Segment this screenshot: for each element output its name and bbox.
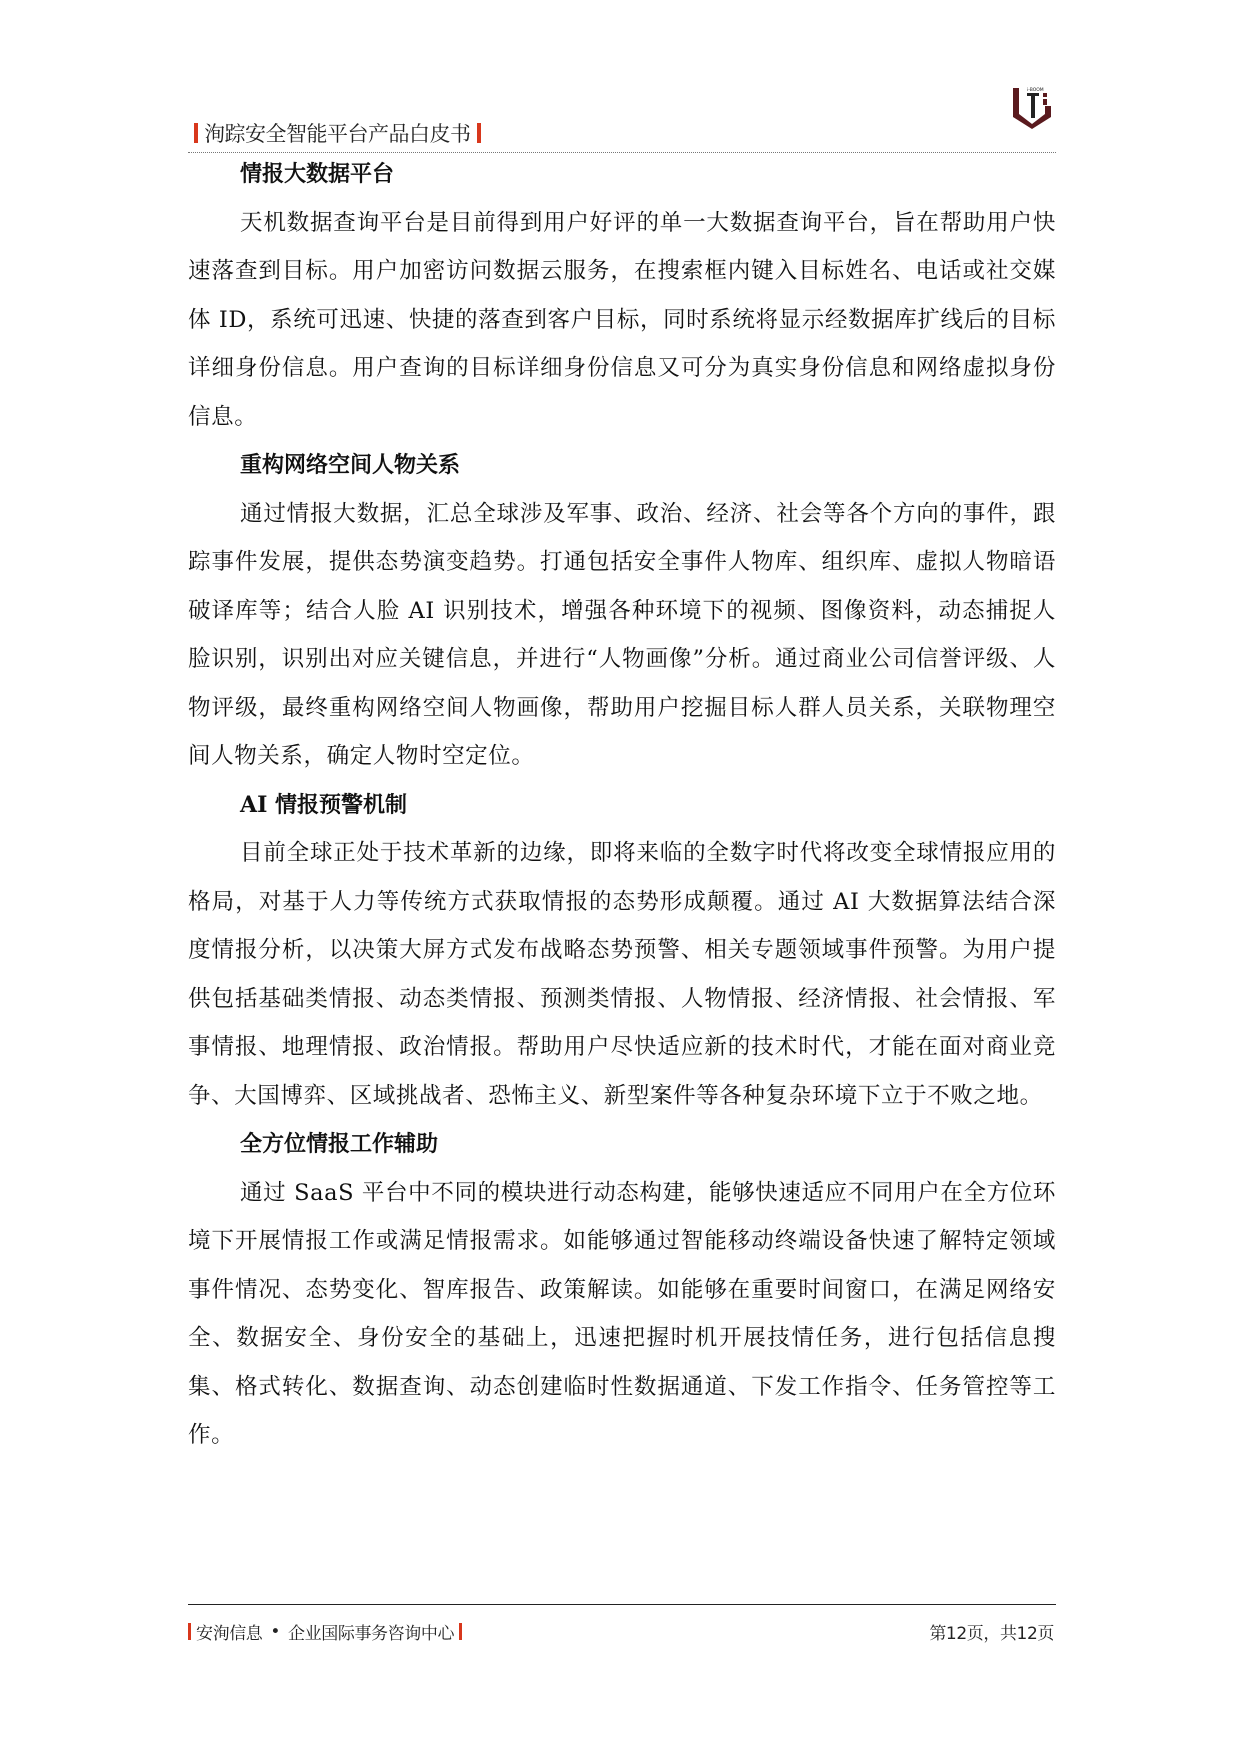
page-header: 洵踪安全智能平台产品白皮书 i-BOOM [188, 112, 1056, 153]
footer-organization: 安洵信息 • 企业国际事务咨询中心 [188, 1619, 462, 1644]
footer-org-right: 企业国际事务咨询中心 [288, 1619, 454, 1644]
paragraph: 通过 SaaS 平台中不同的模块进行动态构建，能够快速适应不同用户在全方位环境下… [188, 1169, 1056, 1460]
document-title: 洵踪安全智能平台产品白皮书 [188, 118, 487, 148]
section-title-work-assist: 全方位情报工作辅助 [188, 1120, 1056, 1169]
accent-bar-left [188, 1623, 191, 1640]
company-logo-icon: i-BOOM [1010, 84, 1054, 130]
paragraph: 目前全球正处于技术革新的边缘，即将来临的全数字时代将改变全球情报应用的格局，对基… [188, 829, 1056, 1120]
accent-bar-right [459, 1623, 462, 1640]
footer-org-left: 安洵信息 [196, 1619, 262, 1644]
accent-bar-right [477, 123, 481, 143]
section-title-ai-warning: AI 情报预警机制 [188, 781, 1056, 830]
accent-bar-left [194, 123, 198, 143]
paragraph: 天机数据查询平台是目前得到用户好评的单一大数据查询平台，旨在帮助用户快速落查到目… [188, 199, 1056, 442]
paragraph: 通过情报大数据，汇总全球涉及军事、政治、经济、社会等各个方向的事件，跟踪事件发展… [188, 490, 1056, 781]
page-footer: 安洵信息 • 企业国际事务咨询中心 第12页，共12页 [188, 1604, 1056, 1649]
section-title-intel-big-data: 情报大数据平台 [188, 150, 1056, 199]
document-body: 情报大数据平台 天机数据查询平台是目前得到用户好评的单一大数据查询平台，旨在帮助… [188, 150, 1056, 1460]
page-number: 第12页，共12页 [929, 1619, 1054, 1644]
svg-text:i-BOOM: i-BOOM [1027, 87, 1044, 93]
document-title-text: 洵踪安全智能平台产品白皮书 [204, 118, 471, 148]
section-title-cyberspace-relations: 重构网络空间人物关系 [188, 441, 1056, 490]
bullet-separator: • [270, 1622, 280, 1642]
